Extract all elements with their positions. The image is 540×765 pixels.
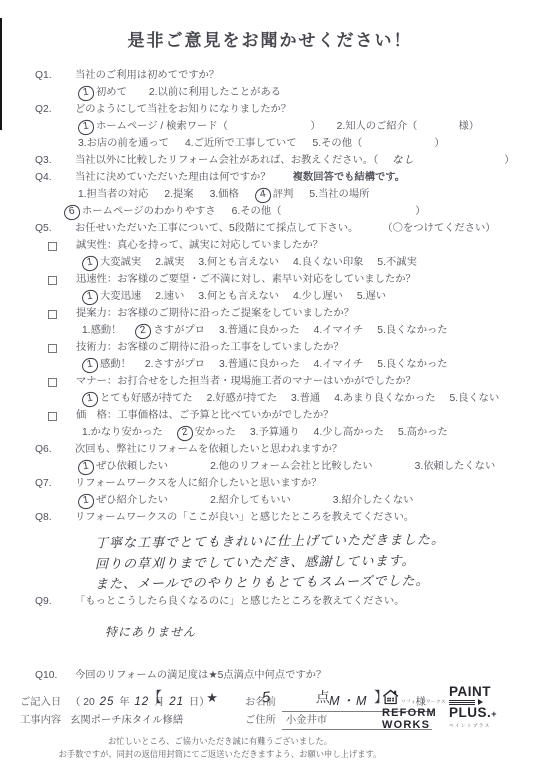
scan-edge-artifact xyxy=(0,18,2,130)
option: 5.良くない xyxy=(450,393,500,404)
option: 2.好感が持てた xyxy=(207,393,277,404)
option: 6.その他（ ） xyxy=(232,206,426,217)
option: 4.ご近所で工事していて xyxy=(185,138,297,149)
q6-row: Q6. 次回も、弊社にリフォームを依頼したいと思われますか？ xyxy=(0,441,540,458)
q7-options: 1ぜひ紹介したい2.紹介してもいい3.紹介したくない xyxy=(78,492,540,509)
option: 3.普通に良かった xyxy=(219,325,300,336)
criterion-label: 誠実性：真心を持って、誠実に対応していましたか？ xyxy=(76,237,323,254)
handwritten-circle-mark: 1 xyxy=(81,289,99,306)
handwritten-circle-mark: 1 xyxy=(77,493,95,510)
date-open: （ 20 xyxy=(70,697,95,708)
checkbox-icon xyxy=(48,344,57,353)
q5-note: （〇をつけてください） xyxy=(382,220,495,237)
q3-answer-blank: なし xyxy=(378,152,504,169)
q3-text: 当社以外に比較したリフォーム会社があれば、お教えください。（ xyxy=(75,152,378,169)
q5-options-manner: 1とても好感が持てた2.好感が持てた3.普通4.あまり良くなかった5.良くない xyxy=(82,390,540,407)
option: 1.担当者の対応 xyxy=(78,189,148,200)
q2-options-line1: 1ホームページ / 検索ワード（ ）2.知人のご紹介（ 様） xyxy=(78,118,540,135)
q5-number: Q5. xyxy=(35,220,75,237)
logo-top: リフォームワークス xyxy=(382,686,446,708)
q4-text: 当社に決めていただいた理由は何ですか？ xyxy=(75,169,271,186)
option: 5.当社の場所 xyxy=(309,189,369,200)
logo-katakana: ペイントプラス xyxy=(449,723,504,729)
q2-number: Q2. xyxy=(35,101,75,118)
address-label: ご住所 xyxy=(245,712,276,729)
option: 4.少し遅い xyxy=(293,291,343,302)
q5-criterion-sincerity: 誠実性：真心を持って、誠実に対応していましたか？ xyxy=(0,237,540,254)
q5-options-speed: 1大変迅速2.速い3.何とも言えない4.少し遅い5.遅い xyxy=(82,288,540,305)
work-value: 玄関ポーチ床タイル修繕 xyxy=(70,715,183,726)
criterion-label: 価 格：工事価格は、ご予算と比べていかがでしたか？ xyxy=(76,407,333,424)
stripes-icon xyxy=(449,700,475,705)
q5-options-sincerity: 1大変誠実2.誠実3.何とも言えない4.良くない印象5.不誠実 xyxy=(82,254,540,271)
q1-row: Q1. 当社のご利用は初めてですか？ xyxy=(0,67,540,84)
handwritten-line: また、メールでのやりとりもとてもスムーズでした。 xyxy=(95,570,540,595)
option: 2.以前に利用したことがある xyxy=(149,87,281,98)
page-title: 是非ご意見をお聞かせください！ xyxy=(0,26,540,51)
handwritten-circle-mark: 2 xyxy=(176,425,194,442)
option: 1ぜひ依頼したい xyxy=(78,461,168,472)
q9-row: Q9. 「もっとこうしたら良くなるのに」と感じたところを教えてください。 xyxy=(0,593,540,610)
year-suffix: 年 xyxy=(119,697,129,708)
fill-date: ご記入日 （ 20 25 年 12 月 21 日） xyxy=(20,694,245,711)
option: 2さすがプロ xyxy=(135,325,204,336)
q9-handwritten-answer: 特にありません xyxy=(105,623,540,640)
logo-text-reform: REFORM xyxy=(382,708,446,720)
handwritten-circle-mark: 1 xyxy=(81,391,99,408)
q3-close-paren: ） xyxy=(504,152,514,169)
handwritten-circle-mark: 1 xyxy=(81,255,99,272)
handwritten-circle-mark: 1 xyxy=(77,85,95,102)
option: 6ホームページのわかりやすさ xyxy=(64,206,216,217)
q1-text: 当社のご利用は初めてですか？ xyxy=(75,67,219,84)
note-line: お手数ですが、同封の返信用封筒にてご返送いただきますよう、お願い申し上げます。 xyxy=(10,748,430,761)
option: 4.少し高かった xyxy=(314,427,384,438)
address-value: 小金井市 xyxy=(282,712,327,729)
handwritten-year: 25 xyxy=(100,696,115,708)
option: 3.普通 xyxy=(291,393,320,404)
q5-criterion-manner: マナー：お打合せをした担当者・現場施工者のマナーはいかがでしたか？ xyxy=(0,373,540,390)
month-suffix: 月 xyxy=(154,697,164,708)
q5-criterion-skill: 技術力：お客様のご期待に沿った工事をしていましたか？ xyxy=(0,339,540,356)
handwritten-month: 12 xyxy=(134,696,149,708)
q9-text: 「もっとこうしたら良くなるのに」と感じたところを教えてください。 xyxy=(75,593,405,610)
option: 3.普通に良かった xyxy=(219,359,300,370)
handwritten-circle-mark: 4 xyxy=(254,187,272,204)
handwritten-circle-mark: 1 xyxy=(81,357,99,374)
q4-options-line2: 6ホームページのわかりやすさ6.その他（ ） xyxy=(64,203,540,220)
logo-text-paint: PAINT xyxy=(449,685,504,698)
q10-text: 今回のリフォームの満足度は★5点満点中何点ですか？ xyxy=(75,667,326,684)
option: 1ホームページ / 検索ワード（ ） xyxy=(78,121,321,132)
option: 1初めて xyxy=(78,87,127,98)
date-label: ご記入日 xyxy=(20,697,61,708)
option: 1.かなり安かった xyxy=(82,427,163,438)
logo-text-works: WORKS xyxy=(382,720,446,732)
logo-text-plus: PLUS.+ xyxy=(449,706,504,721)
q2-text: どのようにして当社をお知りになりましたか？ xyxy=(75,101,291,118)
option: 1ぜひ紹介したい xyxy=(78,495,168,506)
q4-note: 複数回答でも結構です。 xyxy=(293,169,405,186)
q3-row: Q3. 当社以外に比較したリフォーム会社があれば、お教えください。（ なし ） xyxy=(0,152,540,169)
q5-options-price: 1.かなり安かった2安かった3.予算通り4.少し高かった5.高かった xyxy=(82,424,540,441)
checkbox-icon xyxy=(48,242,57,251)
q5-criterion-price: 価 格：工事価格は、ご予算と比べていかがでしたか？ xyxy=(0,407,540,424)
handwritten-circle-mark: 1 xyxy=(77,119,95,136)
q5-text: お任せいただいた工事について、5段階にて採点して下さい。 xyxy=(75,220,358,237)
criterion-label: 提案力：お客様のご期待に沿ったご提案をしていましたか？ xyxy=(76,305,354,322)
option: 3.依頼したくない xyxy=(415,461,496,472)
option: 5.不誠実 xyxy=(377,257,416,268)
handwritten-circle-mark: 6 xyxy=(63,204,81,221)
day-suffix: 日） xyxy=(189,697,210,708)
option: 1感動！ xyxy=(82,359,131,370)
q10-row: Q10. 今回のリフォームの満足度は★5点満点中何点ですか？ xyxy=(0,667,540,684)
option: 5.良くなかった xyxy=(377,325,447,336)
option: 1大変迅速 xyxy=(82,291,141,302)
q5-options-skill: 1感動！2.さすがプロ3.普通に良かった4.イマイチ5.良くなかった xyxy=(82,356,540,373)
q4-number: Q4. xyxy=(35,169,75,186)
option: 5.高かった xyxy=(398,427,448,438)
option: 4.あまり良くなかった xyxy=(334,393,435,404)
option: 2.他のリフォーム会社と比較したい xyxy=(210,461,373,472)
option: 2.誠実 xyxy=(155,257,184,268)
house-icon xyxy=(382,686,399,708)
handwritten-name: M・M xyxy=(329,693,368,710)
q5-criterion-speed: 迅速性：お客様のご要望・ご不満に対し、素早い対応をしていましたか？ xyxy=(0,271,540,288)
work-description: 工事内容 玄関ポーチ床タイル修繕 xyxy=(20,712,245,729)
checkbox-icon xyxy=(48,276,57,285)
option: 4.良くない印象 xyxy=(293,257,363,268)
q8-row: Q8. リフォームワークスの「ここが良い」と感じたところを教えてください。 xyxy=(0,509,540,526)
option: 2.さすがプロ xyxy=(145,359,205,370)
note-line: お忙しいところ、ご協力いただき誠に有難うございました。 xyxy=(10,735,430,748)
option: 2.速い xyxy=(155,291,184,302)
option: 2.知人のご紹介（ 様） xyxy=(337,121,479,132)
q5-criterion-proposal: 提案力：お客様のご期待に沿ったご提案をしていましたか？ xyxy=(0,305,540,322)
q2-row: Q2. どのようにして当社をお知りになりましたか？ xyxy=(0,101,540,118)
q8-number: Q8. xyxy=(35,509,75,526)
plus-sign: + xyxy=(491,709,497,719)
q6-options: 1ぜひ依頼したい2.他のリフォーム会社と比較したい3.依頼したくない xyxy=(78,458,540,475)
handwritten-circle-mark: 1 xyxy=(77,459,95,476)
q4-row: Q4. 当社に決めていただいた理由は何ですか？ 複数回答でも結構です。 xyxy=(0,169,540,186)
work-label: 工事内容 xyxy=(20,715,61,726)
handwritten-circle-mark: 2 xyxy=(134,323,152,340)
option: 4.イマイチ xyxy=(314,325,364,336)
reform-works-logo: リフォームワークス REFORM WORKS xyxy=(382,686,446,731)
q6-number: Q6. xyxy=(35,441,75,458)
q10-number: Q10. xyxy=(35,667,75,684)
q6-text: 次回も、弊社にリフォームを依頼したいと思われますか？ xyxy=(75,441,342,458)
q1-number: Q1. xyxy=(35,67,75,84)
q1-options: 1初めて2.以前に利用したことがある xyxy=(78,84,540,101)
checkbox-icon xyxy=(48,378,57,387)
q5-options-proposal: 1.感動！2さすがプロ3.普通に良かった4.イマイチ5.良くなかった xyxy=(82,322,540,339)
option: 2安かった xyxy=(177,427,236,438)
option: 1大変誠実 xyxy=(82,257,141,268)
option: 3.何とも言えない xyxy=(198,257,279,268)
option: 1.感動！ xyxy=(82,325,121,336)
q3-handwritten-answer: なし xyxy=(392,155,415,166)
name-label: お名前 xyxy=(245,694,276,711)
plus-word: PLUS. xyxy=(449,705,491,720)
option: 4評判 xyxy=(255,189,294,200)
option: 3.予算通り xyxy=(250,427,300,438)
checkbox-icon xyxy=(48,412,57,421)
closing-notes: お忙しいところ、ご協力いただき誠に有難うございました。 お手数ですが、同封の返信… xyxy=(10,735,430,761)
q2-options-line2: 3.お店の前を通って4.ご近所で工事していて5.その他（ ） xyxy=(78,135,540,152)
q8-text: リフォームワークスの「ここが良い」と感じたところを教えてください。 xyxy=(75,509,414,526)
q3-number: Q3. xyxy=(35,152,75,169)
option: 3.お店の前を通って xyxy=(78,138,169,149)
option: 5.良くなかった xyxy=(377,359,447,370)
option: 3.紹介したくない xyxy=(333,495,414,506)
option: 4.イマイチ xyxy=(314,359,364,370)
criterion-label: 迅速性：お客様のご要望・ご不満に対し、素早い対応をしていましたか？ xyxy=(76,271,416,288)
handwritten-day: 21 xyxy=(169,696,184,708)
q7-text: リフォームワークスを人に紹介したいと思いますか？ xyxy=(75,475,322,492)
option: 5.遅い xyxy=(357,291,386,302)
option: 2.紹介してもいい xyxy=(210,495,291,506)
option: 1とても好感が持てた xyxy=(82,393,193,404)
q7-row: Q7. リフォームワークスを人に紹介したいと思いますか？ xyxy=(0,475,540,492)
logo-katakana: リフォームワークス xyxy=(401,699,446,705)
option: 3.価格 xyxy=(210,189,239,200)
option: 5.その他（ ） xyxy=(313,138,445,149)
q4-options-line1: 1.担当者の対応2.提案3.価格4評判5.当社の場所 xyxy=(78,186,540,203)
q5-row: Q5. お任せいただいた工事について、5段階にて採点して下さい。 （〇をつけてく… xyxy=(0,220,540,237)
option: 2.提案 xyxy=(164,189,193,200)
checkbox-icon xyxy=(48,310,57,319)
q7-number: Q7. xyxy=(35,475,75,492)
q9-number: Q9. xyxy=(35,593,75,610)
survey-sheet: 是非ご意見をお聞かせください！ Q1. 当社のご利用は初めてですか？ 1初めて2… xyxy=(0,0,540,765)
q8-handwritten-comment: 丁寧な工事でとてもきれいに仕上げていただきました。 回りの草刈りまでしていただき… xyxy=(0,531,540,593)
criterion-label: マナー：お打合せをした担当者・現場施工者のマナーはいかがでしたか？ xyxy=(76,373,416,390)
option: 3.何とも言えない xyxy=(198,291,279,302)
criterion-label: 技術力：お客様のご期待に沿った工事をしていましたか？ xyxy=(76,339,344,356)
paint-plus-logo: PAINT PLUS.+ ペイントプラス xyxy=(449,685,504,729)
